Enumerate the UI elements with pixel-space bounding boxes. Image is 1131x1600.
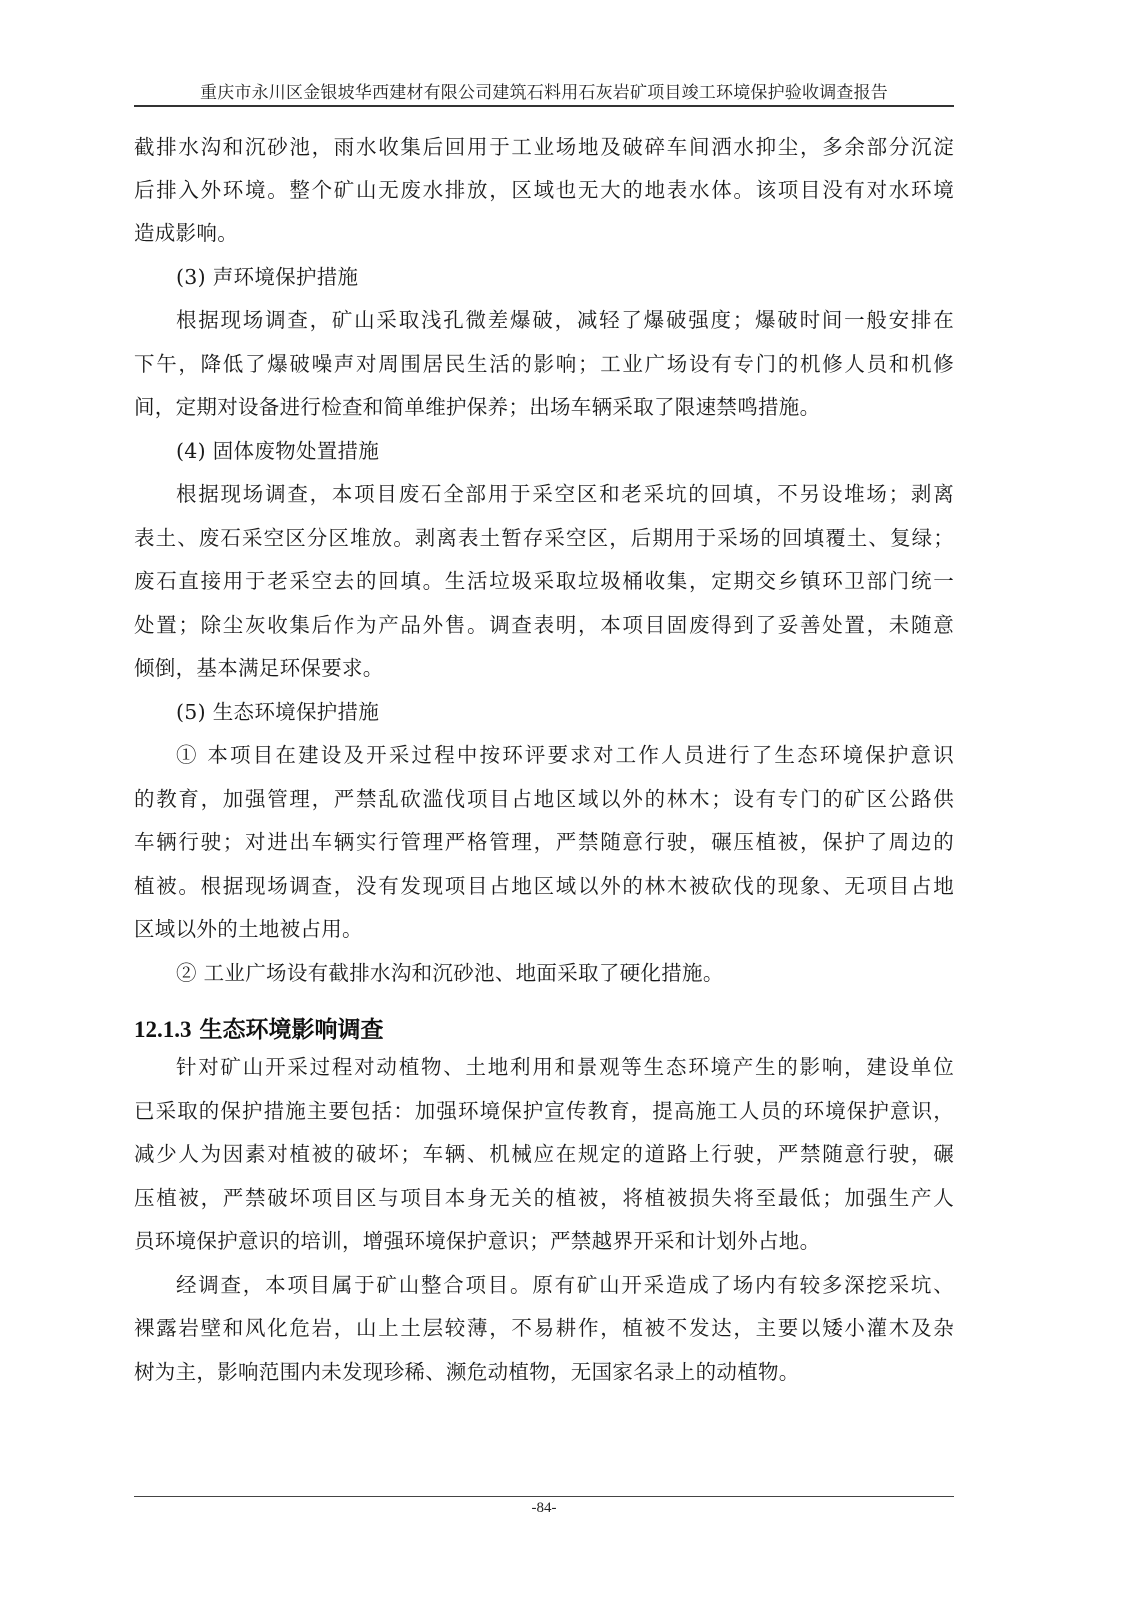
paragraph-line: 针对矿山开采过程对动植物、土地利用和景观等生态环境产生的影响，建设单位	[134, 1052, 954, 1082]
paragraph-line: 截排水沟和沉砂池，雨水收集后回用于工业场地及破碎车间洒水抑尘，多余部分沉淀	[134, 132, 954, 162]
paragraph-line: 的教育，加强管理，严禁乱砍滥伐项目占地区域以外的林木；设有专门的矿区公路供	[134, 784, 954, 814]
header-divider	[134, 105, 954, 107]
paragraph-line: 员环境保护意识的培训，增强环境保护意识；严禁越界开采和计划外占地。	[134, 1226, 954, 1256]
paragraph-line: 减少人为因素对植被的破坏；车辆、机械应在规定的道路上行驶，严禁随意行驶，碾	[134, 1139, 954, 1169]
paragraph-line: 区域以外的土地被占用。	[134, 914, 954, 944]
paragraph-line: 废石直接用于老采空去的回填。生活垃圾采取垃圾桶收集，定期交乡镇环卫部门统一	[134, 566, 954, 596]
paragraph-line: 表土、废石采空区分区堆放。剥离表土暂存采空区，后期用于采场的回填覆土、复绿；	[134, 523, 954, 553]
subheading-ecology-measures: (5) 生态环境保护措施	[134, 697, 954, 727]
paragraph-line: 车辆行驶；对进出车辆实行管理严格管理，严禁随意行驶，碾压植被，保护了周边的	[134, 827, 954, 857]
paragraph-line: 间，定期对设备进行检查和简单维护保养；出场车辆采取了限速禁鸣措施。	[134, 392, 954, 422]
paragraph-line: ② 工业广场设有截排水沟和沉砂池、地面采取了硬化措施。	[134, 958, 954, 988]
section-heading: 12.1.3生态环境影响调查	[134, 1014, 384, 1046]
paragraph-line: 裸露岩壁和风化危岩，山上土层较薄，不易耕作，植被不发达，主要以矮小灌木及杂	[134, 1313, 954, 1343]
paragraph-line: 树为主，影响范围内未发现珍稀、濒危动植物，无国家名录上的动植物。	[134, 1357, 954, 1387]
paragraph-line: 处置；除尘灰收集后作为产品外售。调查表明，本项目固废得到了妥善处置，未随意	[134, 610, 954, 640]
paragraph-line: 压植被，严禁破坏项目区与项目本身无关的植被，将植被损失将至最低；加强生产人	[134, 1183, 954, 1213]
paragraph-line: 造成影响。	[134, 218, 954, 248]
subheading-solid-waste: (4) 固体废物处置措施	[134, 436, 954, 466]
paragraph-line: 下午，降低了爆破噪声对周围居民生活的影响；工业广场设有专门的机修人员和机修	[134, 349, 954, 379]
page-number: -84-	[134, 1500, 954, 1517]
footer-divider	[134, 1496, 954, 1497]
paragraph-line: 后排入外环境。整个矿山无废水排放，区域也无大的地表水体。该项目没有对水环境	[134, 175, 954, 205]
paragraph-line: 经调查，本项目属于矿山整合项目。原有矿山开采造成了场内有较多深挖采坑、	[134, 1270, 954, 1300]
paragraph-line: 已采取的保护措施主要包括：加强环境保护宣传教育，提高施工人员的环境保护意识，	[134, 1096, 954, 1126]
paragraph-line: 根据现场调查，矿山采取浅孔微差爆破，减轻了爆破强度；爆破时间一般安排在	[134, 305, 954, 335]
paragraph-line: ① 本项目在建设及开采过程中按环评要求对工作人员进行了生态环境保护意识	[134, 740, 954, 770]
section-number: 12.1.3	[134, 1017, 192, 1042]
subheading-noise: (3) 声环境保护措施	[134, 262, 954, 292]
paragraph-line: 根据现场调查，本项目废石全部用于采空区和老采坑的回填，不另设堆场；剥离	[134, 479, 954, 509]
paragraph-line: 倾倒，基本满足环保要求。	[134, 653, 954, 683]
section-title: 生态环境影响调查	[200, 1016, 384, 1043]
paragraph-line: 植被。根据现场调查，没有发现项目占地区域以外的林木被砍伐的现象、无项目占地	[134, 871, 954, 901]
report-title: 重庆市永川区金银坡华西建材有限公司建筑石料用石灰岩矿项目竣工环境保护验收调查报告	[134, 78, 954, 103]
